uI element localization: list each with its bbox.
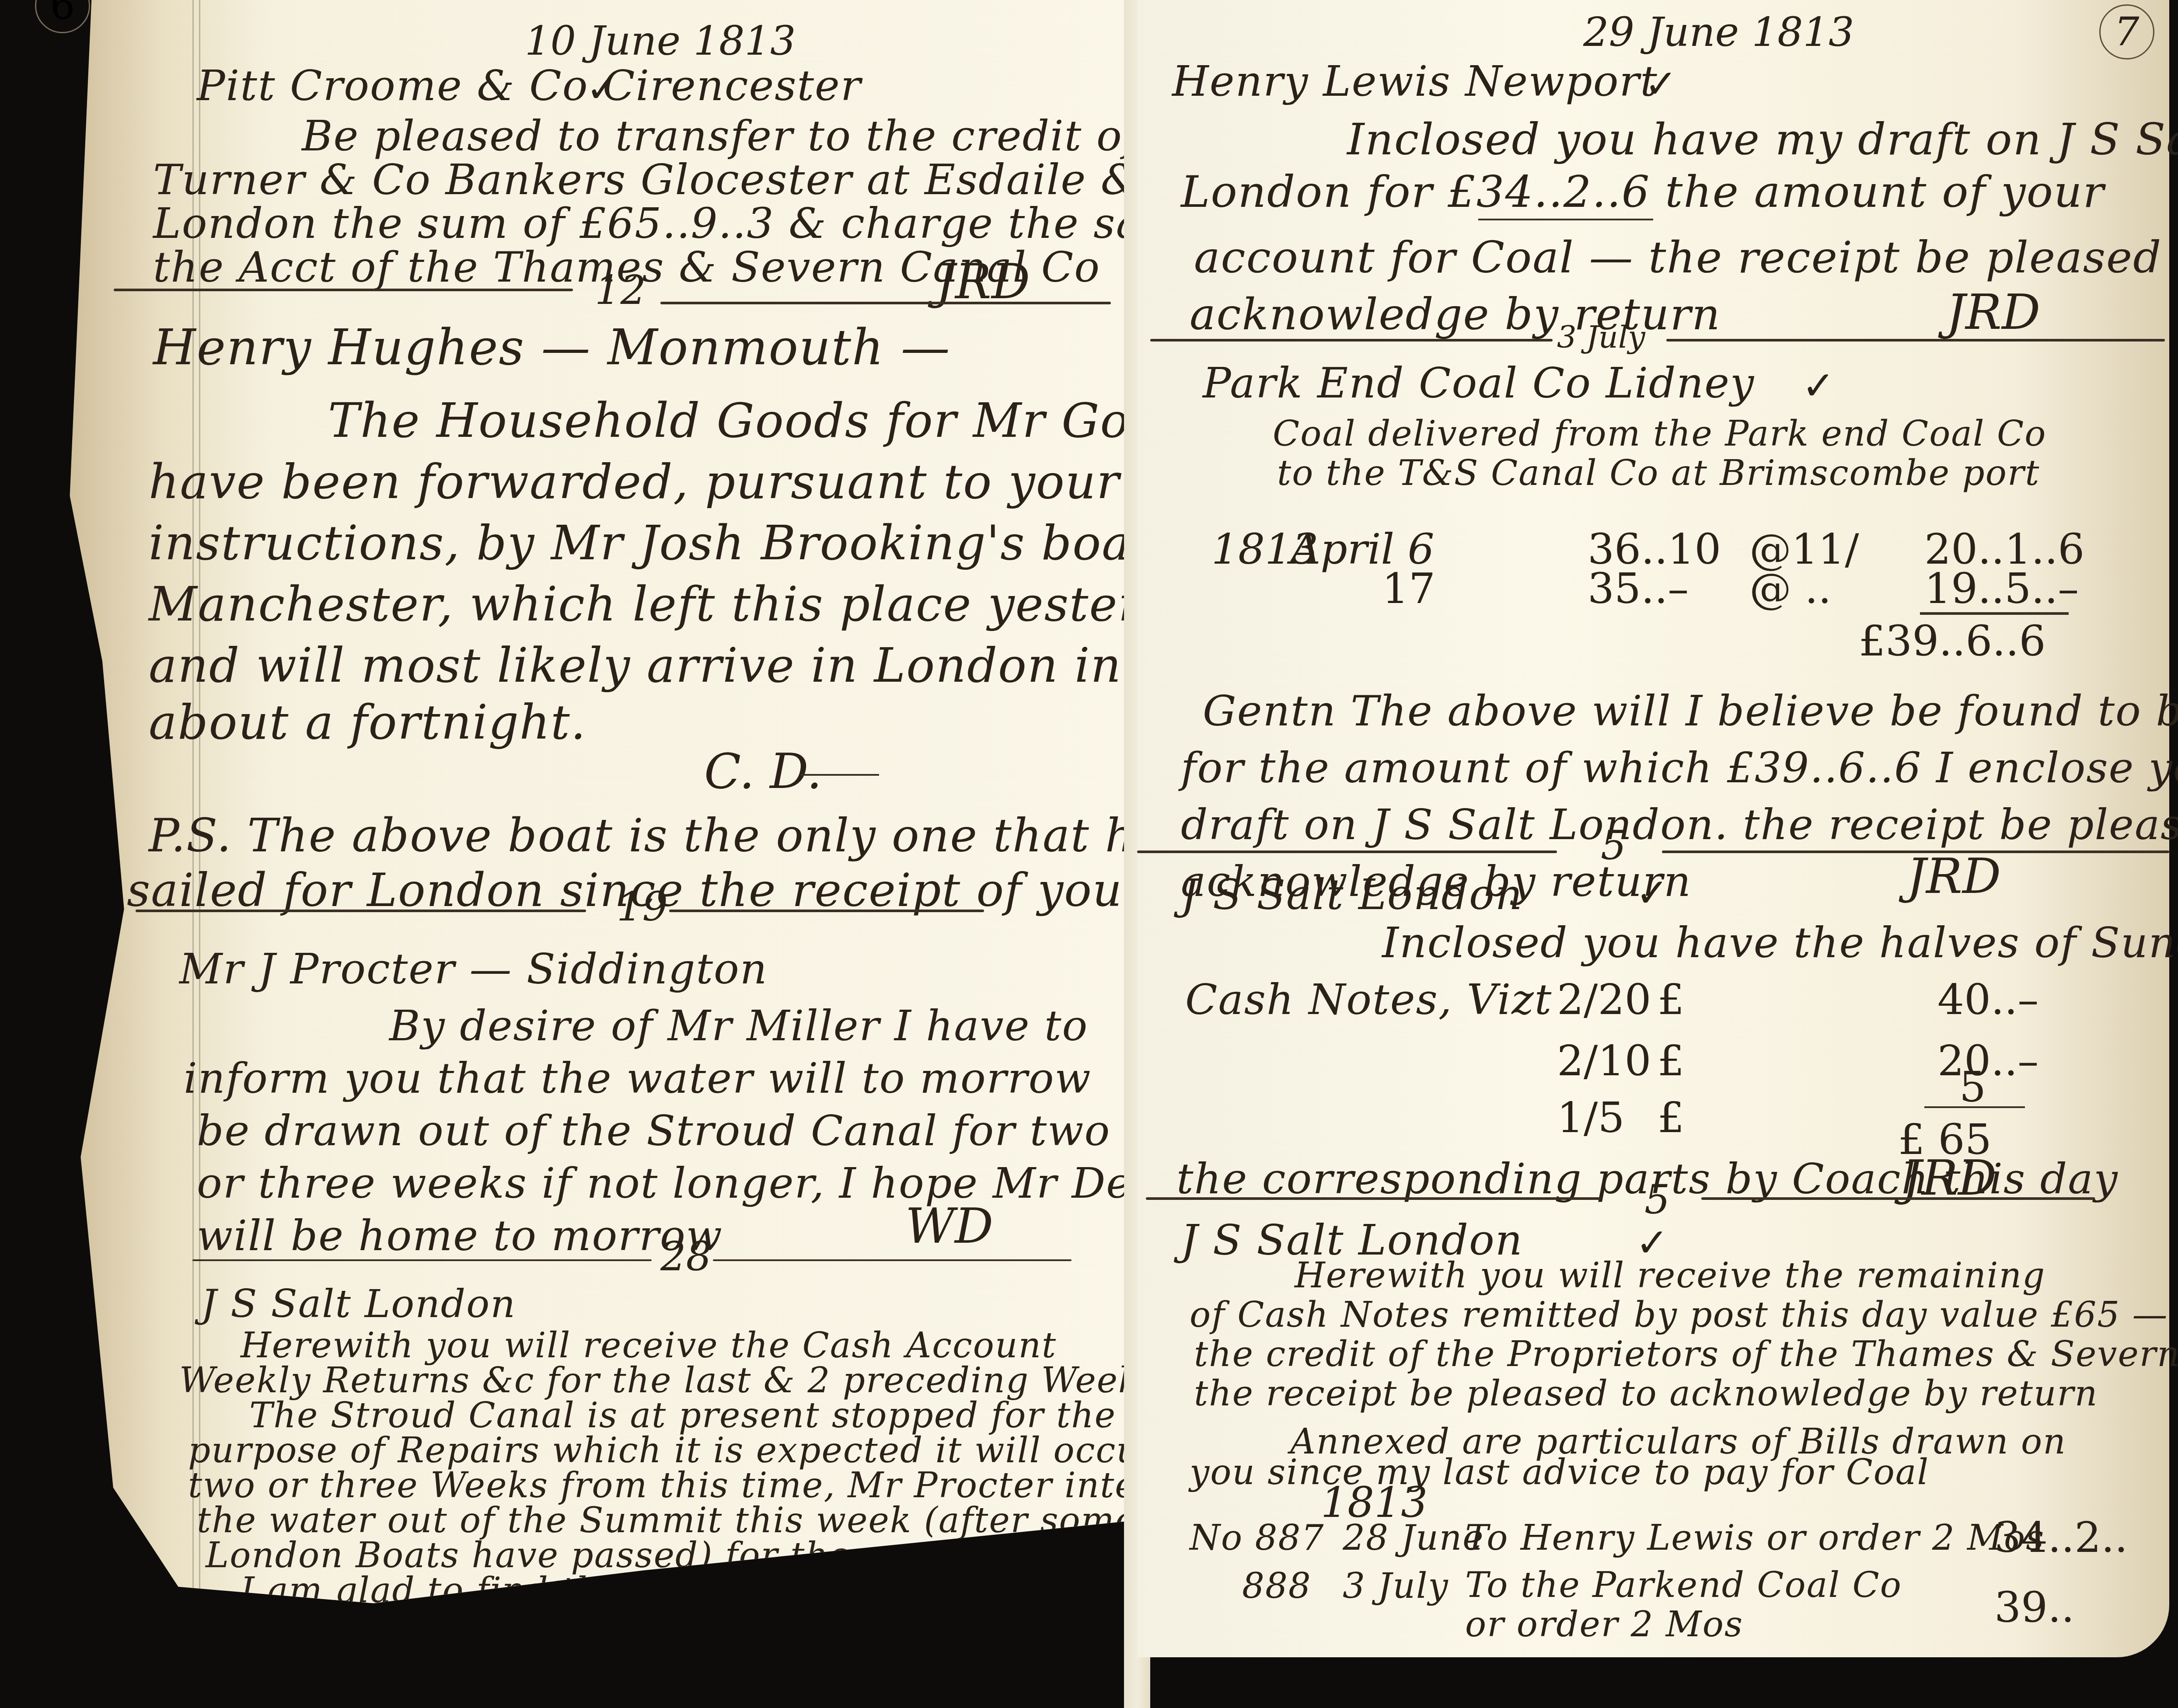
entry-line: about a fortnight. (149, 695, 586, 750)
bill-number: 888 (1242, 1565, 1312, 1606)
bill-payee: To the Parkend Coal Co or order 2 Mos (1465, 1565, 1924, 1644)
entry-line: instructions, by Mr Josh Brooking's boat (149, 516, 1151, 571)
note-unit: £ (1658, 1093, 1684, 1142)
entry-divider (1701, 1197, 2095, 1200)
entry-divider (713, 1259, 1072, 1261)
entry-divider (192, 1259, 652, 1261)
entry-addressee: Park End Coal Co Lidney (1203, 359, 1755, 408)
entry-divider (136, 910, 586, 912)
notes-label: Cash Notes, Vizt (1185, 975, 1552, 1024)
signature: JRD (1946, 284, 2040, 340)
bill-date: 28 June (1343, 1517, 1484, 1558)
entry-line: the receipt be pleased to acknowledge by… (1194, 1373, 2098, 1414)
total-rule (1924, 1106, 2025, 1108)
entry-date: 28 (660, 1233, 712, 1280)
check-mark-icon: ✓ (1802, 363, 1835, 409)
entry-date: 10 June 1813 (525, 17, 796, 64)
entry-divider (1150, 339, 1553, 342)
table-cell-rate: @ .. (1749, 564, 1832, 613)
entry-divider (1146, 1197, 1601, 1200)
entry-addressee: Henry Lewis Newport (1172, 57, 1658, 106)
bill-amount: 34..2.. (1994, 1513, 2128, 1562)
entry-addressee: Henry Hughes — Monmouth — (153, 319, 951, 376)
entry-line: Turner & Co Bankers Glocester at Esdaile… (153, 155, 1212, 204)
table-cell-date: 17 (1382, 564, 1435, 613)
note-value: 5 (1959, 1063, 1986, 1112)
table-total: £39..6..6 (1859, 617, 2045, 666)
check-mark-icon: ✓ (586, 66, 619, 112)
entry-line: Inclosed you have the halves of Sundry (1382, 918, 2178, 967)
entry-divider (1137, 851, 1557, 853)
bill-amount: 39.. (1994, 1583, 2074, 1632)
folio-number: 7 (2099, 4, 2154, 59)
note-count: 1/5 (1557, 1093, 1625, 1142)
flourish (800, 774, 879, 776)
entry-line: will be home to morrow (197, 1211, 723, 1260)
entry-line: to the T&S Canal Co at Brimscombe port (1277, 453, 2040, 493)
signature: JRD (1907, 848, 2001, 904)
entry-line: or three weeks if not longer, I hope Mr … (197, 1159, 1231, 1208)
entry-line: of Cash Notes remitted by post this day … (1190, 1294, 2168, 1335)
folio-number: 6 (35, 0, 90, 33)
entry-line: By desire of Mr Miller I have to (389, 1001, 1088, 1050)
bill-payee: To Henry Lewis or order 2 Mos (1465, 1517, 2045, 1558)
entry-line: and will most likely arrive in London in (149, 638, 1122, 693)
entry-line: inform you that the water will to morrow (184, 1054, 1092, 1103)
signature: JRD (936, 254, 1030, 310)
entry-divider (1666, 339, 2165, 342)
entry-addressee: Mr J Procter — Siddington (179, 945, 768, 993)
entry-line: Herewith you will receive the remaining (1295, 1255, 2045, 1296)
note-count: 2/20 (1557, 975, 1651, 1024)
note-unit: £ (1658, 1036, 1684, 1085)
left-page: 10 June 1813 Pitt Croome & Co Cirenceste… (48, 0, 1133, 1653)
signature: C. D. (704, 743, 822, 799)
letter-book-spread: 10 June 1813 Pitt Croome & Co Cirenceste… (0, 0, 2178, 1708)
entry-line: have been forwarded, pursuant to your (149, 455, 1120, 509)
postscript-line: sailed for London since the receipt of y… (127, 864, 1292, 917)
entry-line: the House of Lords (214, 1600, 569, 1641)
postscript-line: P.S. The above boat is the only one that… (149, 809, 1187, 862)
entry-line: draft on J S Salt London. the receipt be… (1181, 800, 2178, 849)
table-cell-amount: 19..5..– (1924, 564, 2079, 613)
entry-line: Coal delivered from the Park end Coal Co (1273, 413, 2046, 454)
total-rule (1920, 612, 2069, 615)
entry-date: 29 June 1813 (1583, 9, 1854, 56)
entry-date: 5 (1644, 1176, 1670, 1223)
note-value: 20..– (1937, 1036, 2038, 1085)
entry-line: be drawn out of the Stroud Canal for two (197, 1106, 1110, 1155)
entry-line: London the sum of £65..9..3 & charge the… (153, 199, 1267, 248)
signature: JRD (783, 1592, 865, 1641)
note-value: 40..– (1937, 975, 2038, 1024)
table-cell-tons: 35..– (1588, 564, 1689, 613)
entry-date: 12 (595, 267, 646, 314)
entry-divider (114, 289, 573, 291)
entry-line: I am glad to find the two Bills have pas… (241, 1570, 1033, 1610)
right-page: 7 29 June 1813 Henry Lewis Newport ✓ Inc… (1137, 0, 2169, 1657)
entry-line: Manchester, which left this place yester… (149, 577, 1229, 632)
entry-date: 19 (617, 883, 668, 930)
amount-underline (1478, 219, 1653, 220)
entry-date: 3 July (1557, 319, 1645, 355)
entry-line: London for £34..2..6 the amount of your (1181, 166, 2105, 217)
entry-divider (669, 910, 984, 912)
entry-divider (660, 302, 1111, 304)
check-mark-icon: ✓ (1636, 870, 1668, 916)
entry-line: you since my last advice to pay for Coal (1190, 1452, 1929, 1492)
entry-line: The Household Goods for Mr Gould (328, 394, 1208, 448)
entry-addressee: Pitt Croome & Co Cirencester (197, 61, 862, 110)
entry-line: the credit of the Proprietors of the Tha… (1194, 1334, 2178, 1374)
entry-divider (1662, 851, 2169, 853)
signature: WD (905, 1198, 993, 1254)
entry-line: Inclosed you have my draft on J S Salt (1347, 114, 2178, 165)
check-mark-icon: ✓ (1644, 61, 1677, 107)
note-count: 2/10 (1557, 1036, 1651, 1085)
entry-line: Gentn The above will I believe be found … (1203, 687, 2178, 735)
entry-line: account for Coal — the receipt be please… (1194, 232, 2178, 283)
entry-date: 5 (1601, 822, 1627, 869)
note-unit: £ (1658, 975, 1684, 1024)
entry-addressee: J S Salt London (201, 1281, 516, 1326)
bill-number: No 887 (1190, 1517, 1324, 1558)
entry-line: for the amount of which £39..6..6 I encl… (1181, 743, 2178, 792)
bill-date: 3 July (1343, 1565, 1449, 1606)
entry-addressee: J S Salt London (1181, 870, 1523, 919)
